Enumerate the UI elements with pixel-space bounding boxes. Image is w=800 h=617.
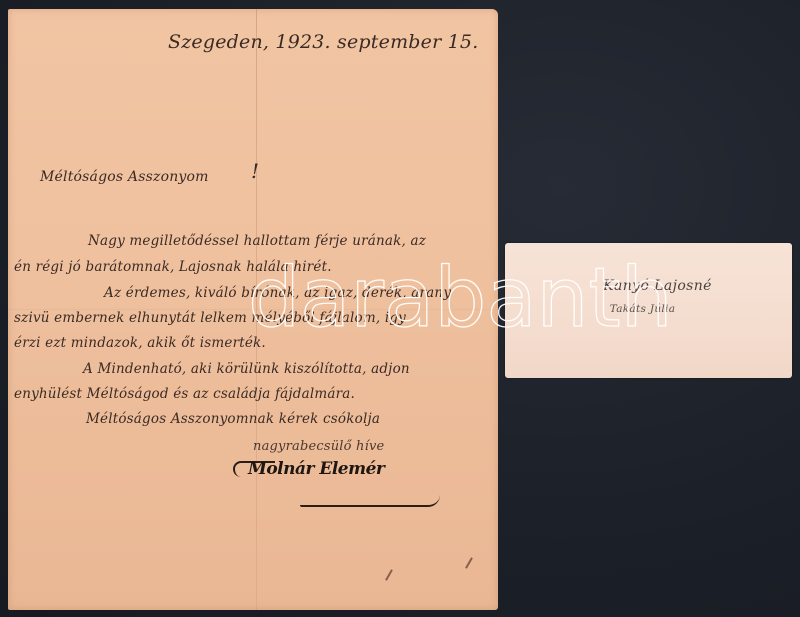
letter-body-line: Méltóságos Asszonyomnak kérek csókolja (86, 411, 380, 427)
letter-body-line: Az érdemes, kiváló bírónak, az igaz, der… (104, 285, 451, 301)
card-maiden-name: Takáts Júlia (505, 303, 792, 315)
letter-signature: Molnár Elemér (248, 459, 384, 479)
letter-body-line: A Mindenható, aki körülünk kiszólította,… (83, 361, 410, 377)
letter-date-line: Szegeden, 1923. september 15. (168, 31, 478, 53)
letter-closing: nagyrabecsülő híve (253, 439, 384, 454)
letter-body-line: enyhülést Méltóságod és az családja fájd… (14, 386, 355, 402)
ink-mark (385, 569, 393, 580)
letter-salutation: Méltóságos Asszonyom (40, 169, 209, 185)
ink-mark (465, 557, 473, 568)
letter-body-line: szivü embernek elhunytát lelkem mélyéből… (14, 310, 406, 326)
salutation-exclamation: ! (251, 159, 259, 183)
letter-body-line: Nagy megilletődéssel hallottam férje urá… (88, 233, 426, 249)
handwritten-letter: Szegeden, 1923. september 15. Méltóságos… (8, 9, 498, 610)
visiting-card: Kanyó Lajosné Takáts Júlia (505, 243, 792, 378)
signature-underline-flourish (300, 495, 440, 507)
letter-body-line: én régi jó barátomnak, Lajosnak halála h… (14, 259, 332, 275)
letter-body-line: érzi ezt mindazok, akik őt ismerték. (14, 335, 266, 351)
card-name: Kanyó Lajosné (505, 278, 792, 294)
